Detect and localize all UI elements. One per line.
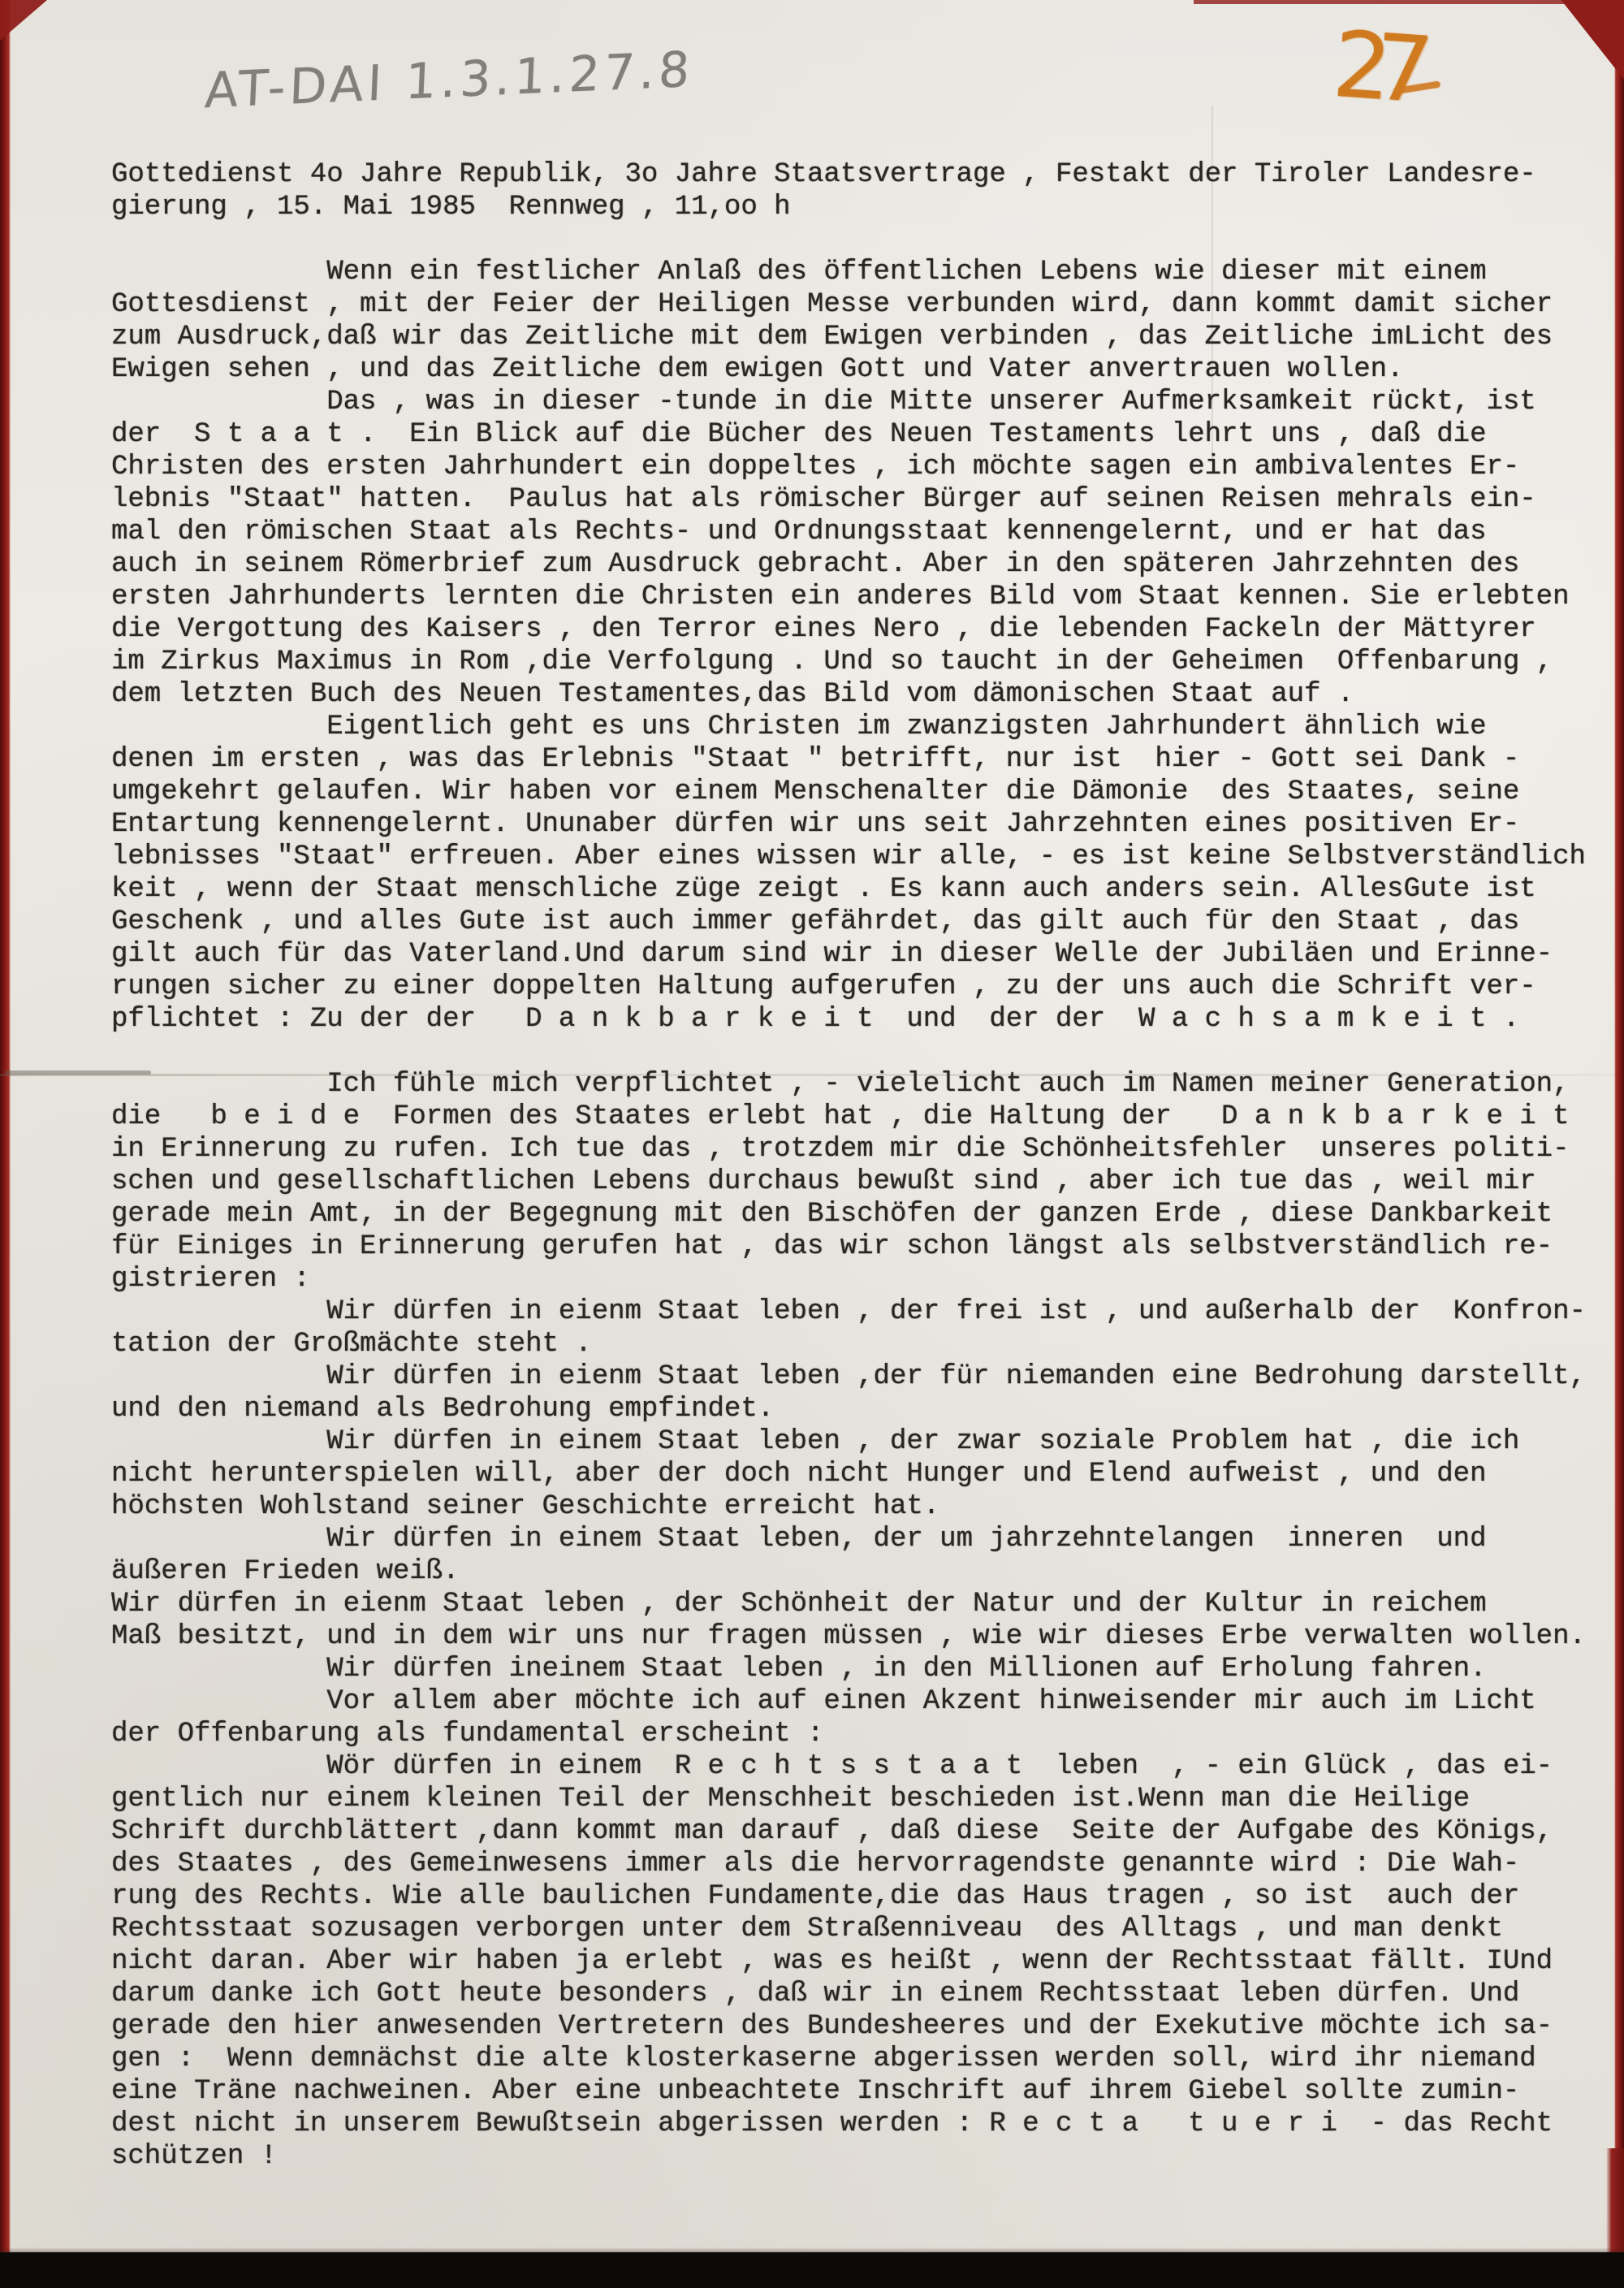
scan-corner-top-left-red	[0, 0, 47, 41]
paragraph: Vor allem aber möchte ich auf einen Akze…	[111, 1685, 1618, 1750]
paragraph: Wir dürfen in eienm Staat leben ,der für…	[111, 1360, 1618, 1425]
archival-reference-note: AT-DAI 1.3.1.27.8	[204, 41, 695, 119]
paragraph: Eigentlich geht es uns Christen im zwanz…	[111, 711, 1618, 1036]
paragraph: Wir dürfen in einem Staat leben, der um …	[111, 1523, 1618, 1588]
paragraph: Ich fühle mich verpflichtet , - vielelic…	[111, 1068, 1618, 1295]
paragraph: Wir dürfen in einem Staat leben , der zw…	[111, 1425, 1618, 1523]
scan-corner-top-right-red	[1553, 0, 1624, 80]
scan-edge-top-red-sliver	[1194, 0, 1624, 4]
scanned-document-page: AT-DAI 1.3.1.27.8 27 Gottedienst 4o Jahr…	[0, 0, 1624, 2288]
paragraph: Das , was in dieser -tunde in die Mitte …	[111, 386, 1618, 711]
paragraph: Wenn ein festlicher Anlaß des öffentlich…	[111, 256, 1618, 386]
paragraph: Wir dürfen in eienm Staat leben , der fr…	[111, 1295, 1618, 1360]
paragraph: Wör dürfen in einem R e c h t s s t a a …	[111, 1750, 1618, 2173]
scan-edge-left-red	[0, 0, 11, 2288]
typewritten-text: Gottedienst 4o Jahre Republik, 3o Jahre …	[111, 158, 1618, 2173]
scan-edge-bottom-black	[0, 2252, 1624, 2288]
document-header: Gottedienst 4o Jahre Republik, 3o Jahre …	[111, 158, 1618, 223]
paragraph: Wir dürfen ineinem Staat leben , in den …	[111, 1653, 1618, 1685]
page-number-annotation: 27	[1330, 12, 1420, 123]
paragraph: Wir dürfen in eienm Staat leben , der Sc…	[111, 1588, 1618, 1653]
